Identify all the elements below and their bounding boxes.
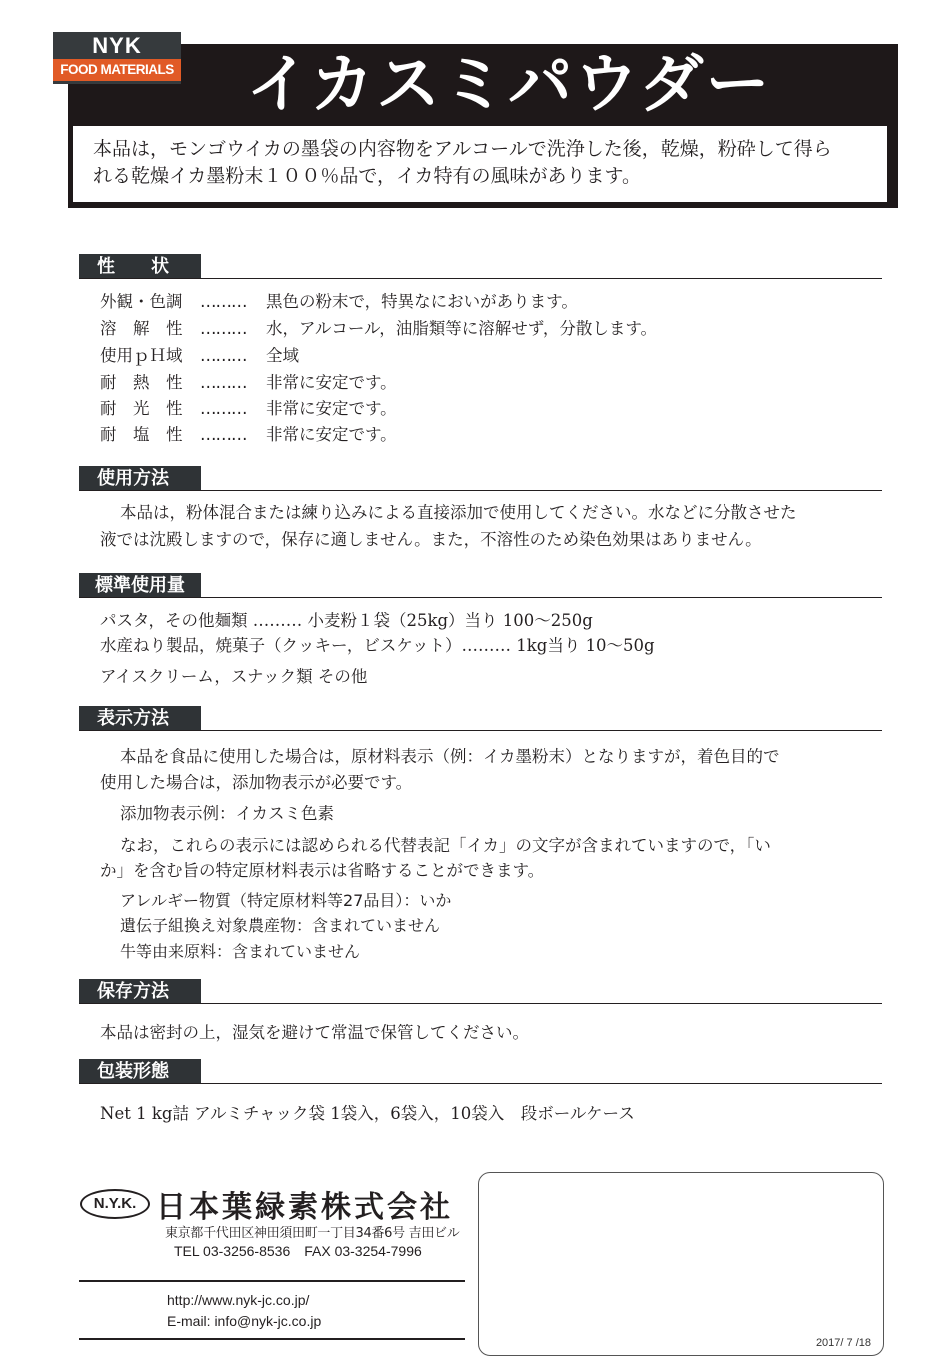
page-title: イカスミパウダー bbox=[246, 44, 771, 126]
gmo-note: 遺伝子組換え対象農産物：含まれていません bbox=[120, 913, 440, 936]
labeling-example: 添加物表示例：イカスミ色素 bbox=[120, 800, 334, 824]
section-title: 使用方法 bbox=[79, 466, 201, 490]
section-header-standard-amount: 標準使用量 bbox=[79, 573, 882, 598]
company-address: 東京都千代田区神田須田町一丁目34番6号 吉田ビル bbox=[165, 1222, 459, 1241]
property-value: 非常に安定です。 bbox=[266, 373, 397, 392]
section-header-packaging: 包装形態 bbox=[79, 1059, 882, 1084]
property-row: 溶 解 性………水，アルコール，油脂類等に溶解せず，分散します。 bbox=[100, 315, 657, 339]
divider bbox=[79, 1338, 465, 1340]
section-title: 性 状 bbox=[79, 254, 201, 278]
website-link[interactable]: http://www.nyk-jc.co.jp/ bbox=[167, 1292, 309, 1308]
section-header-usage: 使用方法 bbox=[79, 466, 882, 491]
usage-line: 本品は，粉体混合または練り込みによる直接添加で使用してください。水などに分散させ… bbox=[120, 499, 797, 523]
section-title: 表示方法 bbox=[79, 706, 201, 730]
section-title: 保存方法 bbox=[79, 979, 201, 1003]
property-row: 耐 光 性………非常に安定です。 bbox=[100, 395, 397, 419]
divider bbox=[79, 1280, 465, 1282]
property-value: 非常に安定です。 bbox=[266, 399, 397, 418]
property-row: 外観・色調………黒色の粉末で，特異なにおいがあります。 bbox=[100, 288, 578, 312]
property-value: 水，アルコール，油脂類等に溶解せず，分散します。 bbox=[266, 319, 657, 338]
labeling-line: 本品を食品に使用した場合は，原材料表示（例：イカ墨粉末）となりますが，着色目的で bbox=[120, 743, 780, 767]
company-phone-fax: TEL 03-3256-8536 FAX 03-3254-7996 bbox=[174, 1241, 422, 1261]
property-row: 耐 熱 性………非常に安定です。 bbox=[100, 369, 397, 393]
property-key: 使用ｐＨ域 bbox=[100, 342, 200, 366]
property-key: 溶 解 性 bbox=[100, 315, 200, 339]
section-header-properties: 性 状 bbox=[79, 254, 882, 279]
company-name: 日本葉緑素株式会社 bbox=[156, 1182, 453, 1226]
leader-dots: ……… bbox=[200, 399, 266, 418]
amount-line: アイスクリーム，スナック類 その他 bbox=[100, 663, 367, 687]
leader-dots: ……… bbox=[200, 346, 266, 365]
amount-line: 水産ねり製品，焼菓子（クッキー，ビスケット）……… 1kg当り 10～50g bbox=[100, 632, 655, 656]
usage-line: 液では沈殿しますので，保存に適しません。また，不溶性のため染色効果はありません。 bbox=[100, 526, 762, 550]
section-title: 標準使用量 bbox=[79, 573, 201, 597]
brand-logo: NYK FOOD MATERIALS bbox=[53, 32, 181, 84]
labeling-line: か」を含む旨の特定原材料表示は省略することができます。 bbox=[100, 857, 544, 881]
property-key: 耐 光 性 bbox=[100, 395, 200, 419]
property-key: 外観・色調 bbox=[100, 288, 200, 312]
company-block: N.Y.K.日本葉緑素株式会社 bbox=[80, 1182, 453, 1226]
leader-dots: ……… bbox=[200, 319, 266, 338]
property-key: 耐 熱 性 bbox=[100, 369, 200, 393]
labeling-line: なお，これらの表示には認められる代替表記「イカ」の文字が含まれていますので，「い bbox=[120, 832, 771, 856]
email-link[interactable]: E-mail: info@nyk-jc.co.jp bbox=[167, 1313, 321, 1329]
description-line: れる乾燥イカ墨粉末１００％品で，イカ特有の風味があります。 bbox=[93, 163, 883, 190]
property-value: 黒色の粉末で，特異なにおいがあります。 bbox=[266, 292, 578, 311]
leader-dots: ……… bbox=[200, 425, 266, 444]
section-header-storage: 保存方法 bbox=[79, 979, 882, 1004]
dealer-stamp-box: 2017/ 7 /18 bbox=[478, 1172, 884, 1356]
bovine-note: 牛等由来原料：含まれていません bbox=[120, 939, 360, 962]
labeling-line: 使用した場合は，添加物表示が必要です。 bbox=[100, 769, 412, 793]
logo-underline bbox=[53, 81, 181, 84]
logo-subtitle: FOOD MATERIALS bbox=[53, 59, 181, 81]
property-key: 耐 塩 性 bbox=[100, 421, 200, 445]
packaging-text: Net 1 kg詰 アルミチャック袋 1袋入，6袋入，10袋入 段ボールケース bbox=[100, 1100, 635, 1124]
description: 本品は，モンゴウイカの墨袋の内容物をアルコールで洗浄した後，乾燥，粉砕して得ら … bbox=[93, 136, 883, 190]
issue-date: 2017/ 7 /18 bbox=[816, 1337, 871, 1349]
property-row: 耐 塩 性………非常に安定です。 bbox=[100, 421, 397, 445]
storage-text: 本品は密封の上，湿気を避けて常温で保管してください。 bbox=[100, 1019, 529, 1043]
leader-dots: ……… bbox=[200, 292, 266, 311]
leader-dots: ……… bbox=[200, 373, 266, 392]
amount-line: パスタ，その他麺類 ……… 小麦粉１袋（25kg）当り 100～250g bbox=[100, 607, 593, 631]
logo-brand: NYK bbox=[53, 32, 181, 59]
description-line: 本品は，モンゴウイカの墨袋の内容物をアルコールで洗浄した後，乾燥，粉砕して得ら bbox=[93, 136, 883, 163]
allergen-note: アレルギー物質（特定原材料等27品目）：いか bbox=[120, 888, 451, 911]
section-title: 包装形態 bbox=[79, 1059, 201, 1083]
property-value: 全域 bbox=[266, 346, 299, 365]
company-logo-mark: N.Y.K. bbox=[80, 1189, 150, 1219]
property-row: 使用ｐＨ域………全域 bbox=[100, 342, 299, 366]
section-header-labeling: 表示方法 bbox=[79, 706, 882, 731]
property-value: 非常に安定です。 bbox=[266, 425, 397, 444]
